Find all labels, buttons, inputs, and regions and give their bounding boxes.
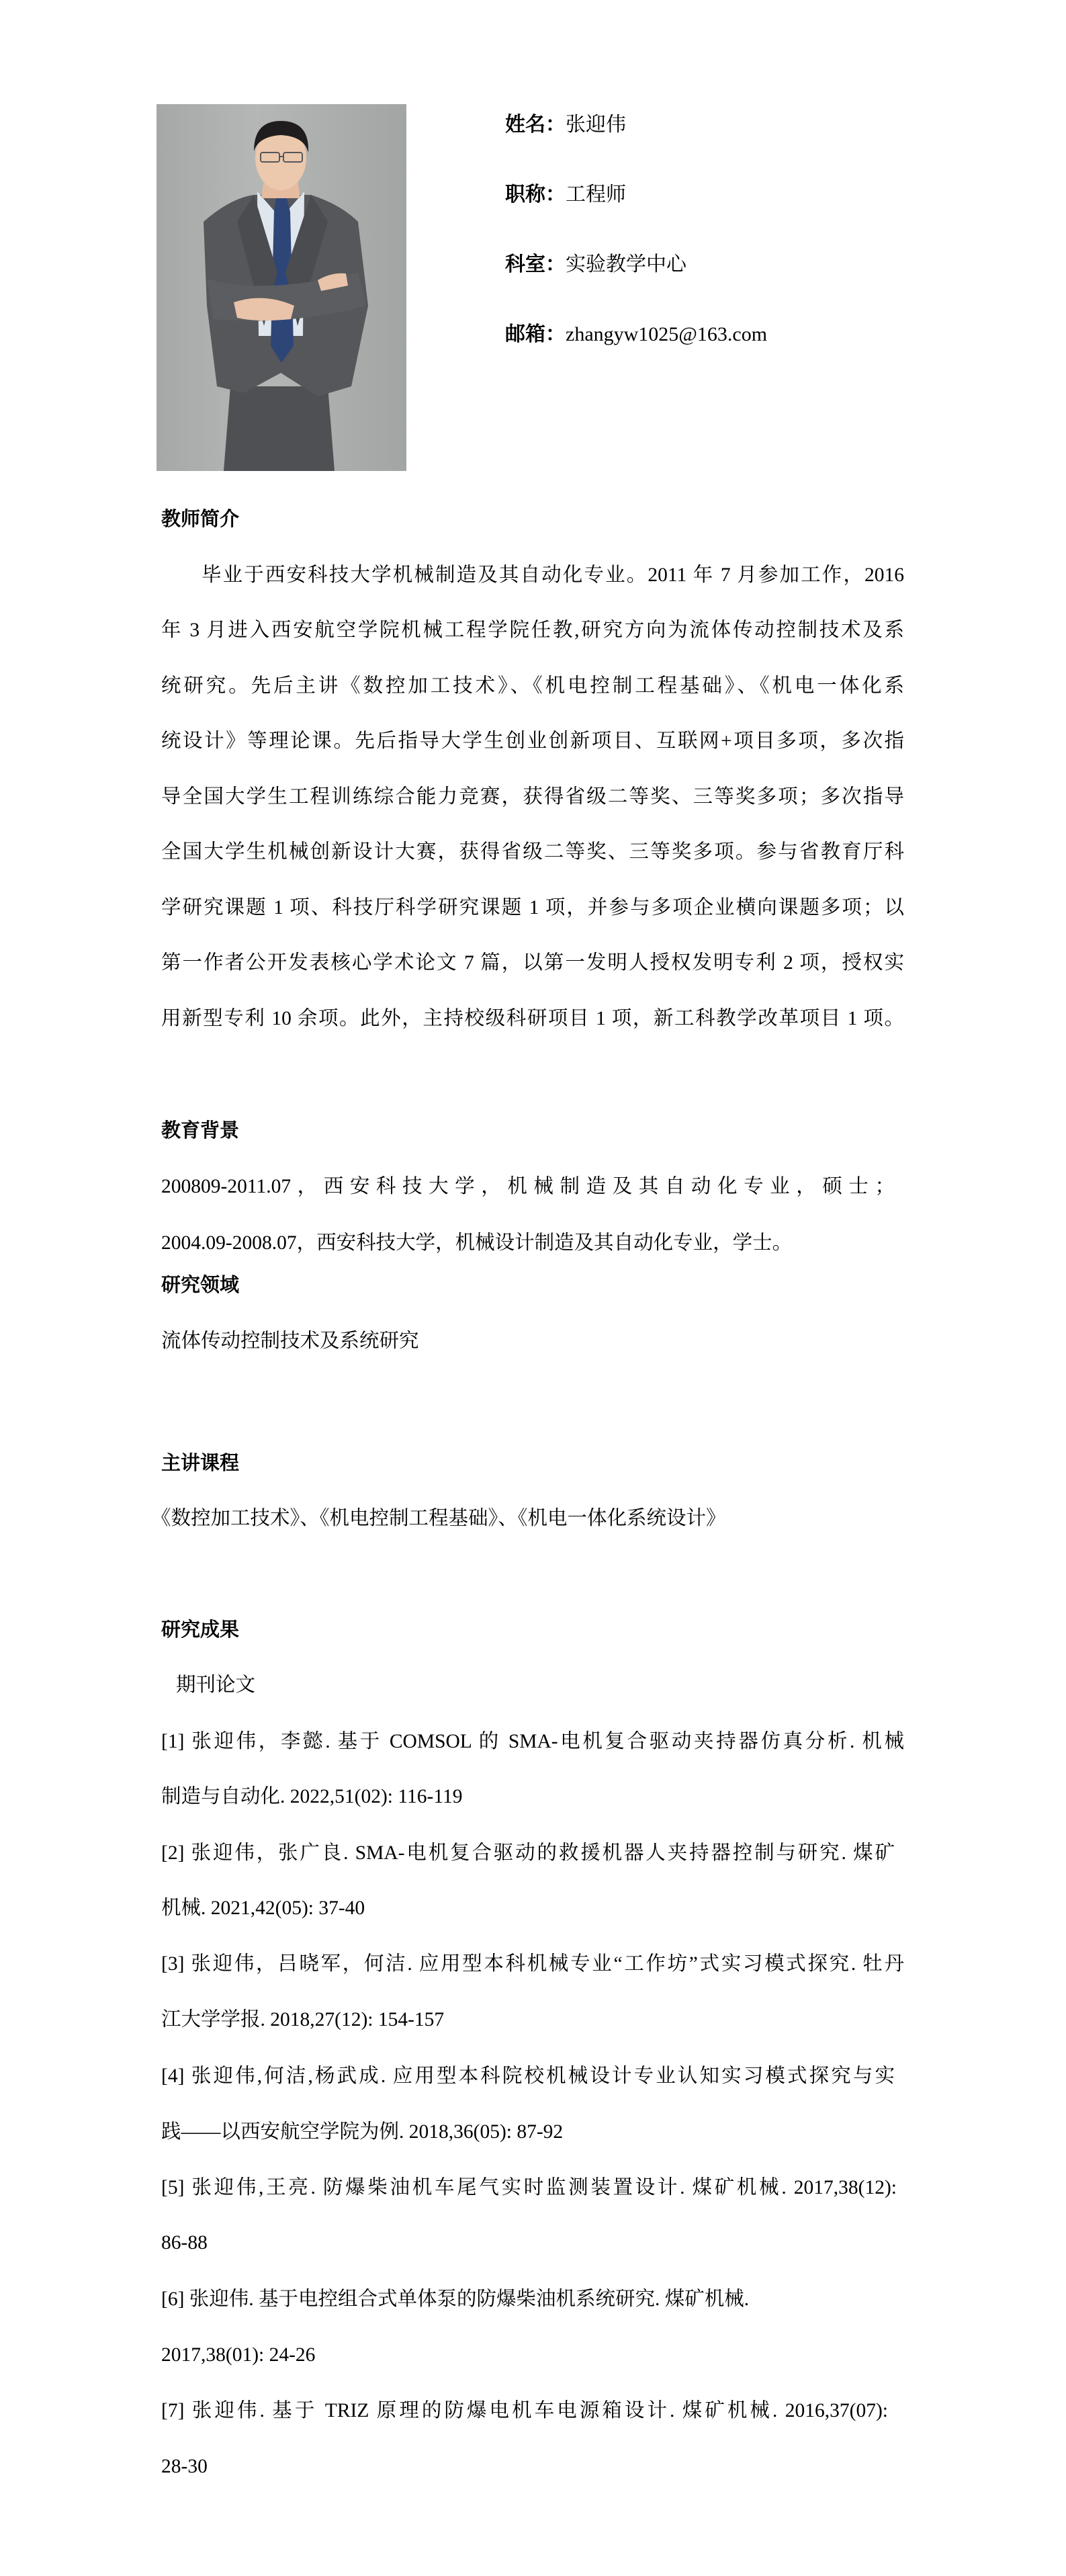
paper-line: 28-30 [161,2454,904,2479]
paper-line: 制造与自动化. 2022,51(02): 116-119 [161,1785,904,1809]
paper-line: [3] 张迎伟，吕晓军，何洁. 应用型本科机械专业“工作坊”式实习模式探究. 牡… [161,1952,904,1976]
intro-line: 年 3 月进入西安航空学院机械工程学院任教,研究方向为流体传动控制技术及系 [161,618,904,642]
journal-papers-subheading: 期刊论文 [176,1673,255,1697]
courses-heading: 主讲课程 [161,1451,239,1475]
intro-line: 统设计》等理论课。先后指导大学生创业创新项目、互联网+项目多项，多次指 [161,729,904,753]
info-email: 邮箱：zhangyw1025@163.com [505,323,767,347]
paper-line: 机械. 2021,42(05): 37-40 [161,1896,904,1920]
title-value: 工程师 [566,183,626,206]
name-label: 姓名： [505,114,566,136]
email-label: 邮箱： [505,323,566,345]
teacher-photo [157,104,406,471]
department-value: 实验教学中心 [566,253,686,275]
paper-line: [2] 张迎伟，张广良. SMA-电机复合驱动的救援机器人夹持器控制与研究. 煤… [161,1841,895,1865]
education-line: 200809-2011.07，西安科技大学，机械制造及其自动化专业，硕士； [161,1174,895,1199]
research-area-heading: 研究领域 [161,1273,239,1297]
portrait-illustration [157,104,406,471]
department-label: 科室： [505,253,566,275]
intro-line: 学研究课题 1 项、科技厅科学研究课题 1 项，并参与多项企业横向课题多项；以 [161,896,904,920]
paper-line: 86-88 [161,2231,904,2255]
intro-line: 毕业于西安科技大学机械制造及其自动化专业。2011 年 7 月参加工作，2016 [202,563,904,587]
paper-line: [7] 张迎伟. 基于 TRIZ 原理的防爆电机车电源箱设计. 煤矿机械. 20… [161,2399,888,2423]
education-heading: 教育背景 [161,1119,239,1143]
intro-line: 全国大学生机械创新设计大赛，获得省级二等奖、三等奖多项。参与省教育厅科 [161,840,904,864]
intro-line: 用新型专利 10 余项。此外，主持校级科研项目 1 项，新工科教学改革项目 1 … [161,1006,904,1031]
courses-text: 《数控加工技术》、《机电控制工程基础》、《机电一体化系统设计》 [151,1506,894,1531]
paper-line: [4] 张迎伟,何洁,杨武成. 应用型本科院校机械设计专业认知实习模式探究与实 [161,2064,895,2088]
paper-line: 践——以西安航空学院为例. 2018,36(05): 87-92 [161,2120,904,2144]
paper-line: [1] 张迎伟，李懿. 基于 COMSOL 的 SMA-电机复合驱动夹持器仿真分… [161,1729,904,1754]
paper-line: 江大学学报. 2018,27(12): 154-157 [161,2008,904,2032]
achievements-heading: 研究成果 [161,1618,239,1642]
paper-line: 2017,38(01): 24-26 [161,2343,904,2367]
paper-line: [6] 张迎伟. 基于电控组合式单体泵的防爆柴油机系统研究. 煤矿机械. [161,2287,904,2311]
intro-line: 统研究。先后主讲《数控加工技术》、《机电控制工程基础》、《机电一体化系 [161,674,904,698]
intro-line: 导全国大学生工程训练综合能力竞赛，获得省级二等奖、三等奖多项；多次指导 [161,785,904,809]
info-name: 姓名：张迎伟 [505,113,626,137]
info-department: 科室：实验教学中心 [505,253,686,277]
intro-line: 第一作者公开发表核心学术论文 7 篇，以第一发明人授权发明专利 2 项，授权实 [161,951,904,975]
paper-line: [5] 张迎伟,王亮. 防爆柴油机车尾气实时监测装置设计. 煤矿机械. 2017… [161,2176,897,2200]
research-area-text: 流体传动控制技术及系统研究 [161,1329,904,1353]
info-title: 职称：工程师 [505,183,626,207]
email-value[interactable]: zhangyw1025@163.com [566,323,767,345]
title-label: 职称： [505,183,566,206]
intro-heading: 教师简介 [161,507,239,531]
education-line: 2004.09-2008.07，西安科技大学，机械设计制造及其自动化专业，学士。 [161,1231,904,1255]
name-value: 张迎伟 [566,114,626,136]
